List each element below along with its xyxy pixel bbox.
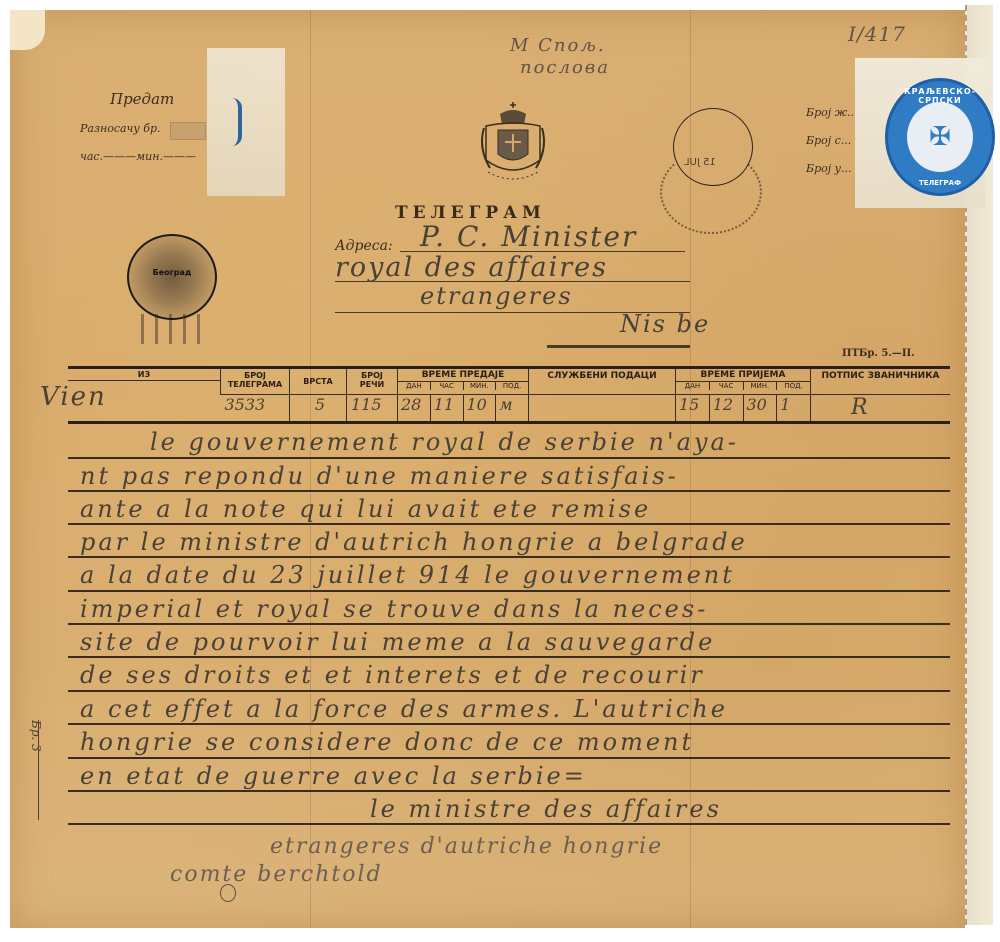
message-footer-line: comte berchtold [170, 860, 1000, 890]
royal-telegraph-seal: КРАЉЕВСКО-СРПСКИ ✠ ТЕЛЕГРАФ [885, 78, 995, 196]
message-line: hongrie se considere donc de ce moment [80, 727, 960, 757]
courier-number-box [170, 122, 206, 140]
courier-label: Разносачу бр. [80, 122, 161, 135]
col-received-time: ВРЕМЕ ПРИЈЕМА ДАН ЧАС МИН. ПОД. [676, 369, 811, 395]
ruled-line [68, 690, 950, 692]
pencil-note-top: М Спољ. послова [510, 35, 610, 79]
type-value: 5 [290, 395, 347, 422]
message-line: ante a la note qui lui avait ete remise [80, 494, 960, 524]
form-code: ПТБр. 5.—II. [842, 348, 915, 359]
address-line: royal des affaires [335, 252, 608, 283]
message-line: a cet effet a la force des armes. L'autr… [80, 694, 960, 724]
message-line: de ses droits et et interets et de recou… [80, 660, 960, 690]
received-day: 15 [676, 395, 709, 421]
col-official: СЛУЖБЕНИ ПОДАЦИ [529, 369, 676, 395]
message-line: le ministre des affaires [370, 794, 1000, 824]
address-line: etrangeres [420, 282, 573, 310]
official-value [529, 395, 676, 422]
address-line: Nis be [620, 310, 710, 338]
telegram-header-table: ИЗ БРОЈ ТЕЛЕГРАМА ВРСТА БРОЈ РЕЧИ ВРЕМЕ … [68, 366, 950, 424]
broj-row: Број ж... [806, 106, 858, 119]
sent-hour: 11 [430, 395, 463, 421]
blue-seal-fragment [232, 98, 242, 146]
message-footer-line: etrangeres d'autriche hongrie [270, 832, 1000, 862]
ruled-line [68, 590, 950, 592]
tape-patch [207, 48, 285, 196]
col-signature: ПОТПИС ЗВАНИЧНИКА [811, 369, 951, 395]
sent-day: 28 [398, 395, 430, 421]
message-line: en etat de guerre avec la serbie= [80, 761, 960, 791]
time-label: час.———мин.——— [80, 150, 196, 163]
word-count-value: 115 [347, 395, 398, 422]
margin-note: Бр. 3 [38, 720, 51, 820]
pencil-mark [220, 884, 236, 902]
broj-row: Број у... [806, 162, 852, 175]
message-line: par le ministre d'autrich hongrie a belg… [80, 527, 960, 557]
col-type: ВРСТА [290, 369, 347, 395]
received-hour: 12 [709, 395, 743, 421]
royal-coat-of-arms-icon [476, 100, 550, 190]
ruled-line [68, 757, 950, 759]
ruled-line [68, 457, 950, 459]
address-line: P. C. Minister [420, 220, 637, 253]
received-period: 1 [776, 395, 810, 421]
col-sent-time: ВРЕМЕ ПРЕДАЈЕ ДАН ЧАС МИН. ПОД. [398, 369, 529, 395]
broj-row: Број с... [806, 134, 851, 147]
message-line: imperial et royal se trouve dans la nece… [80, 594, 960, 624]
sent-min: 10 [463, 395, 496, 421]
message-line: nt pas repondu d'une maniere satisfais- [80, 461, 960, 491]
belgrade-postmark: Београд [127, 234, 217, 320]
col-telegram-no: БРОЈ ТЕЛЕГРАМА [221, 369, 290, 395]
col-word-count: БРОЈ РЕЧИ [347, 369, 398, 395]
predat-title: Предат [110, 90, 174, 108]
official-signature: R [811, 395, 951, 422]
cross-emblem-icon: ✠ [907, 102, 973, 172]
message-line: le gouvernement royal de serbie n'aya- [150, 427, 1000, 457]
archive-number: I/417 [848, 22, 906, 46]
received-min: 30 [743, 395, 777, 421]
message-line: a la date du 23 juillet 914 le gouvernem… [80, 560, 960, 590]
message-line: site de pourvoir lui meme a la sauvegard… [80, 627, 960, 657]
from-city-value: Vien [40, 382, 107, 412]
telegram-no-value: 3533 [221, 395, 290, 422]
postmark-ring [660, 150, 762, 234]
sent-period: м [495, 395, 528, 421]
